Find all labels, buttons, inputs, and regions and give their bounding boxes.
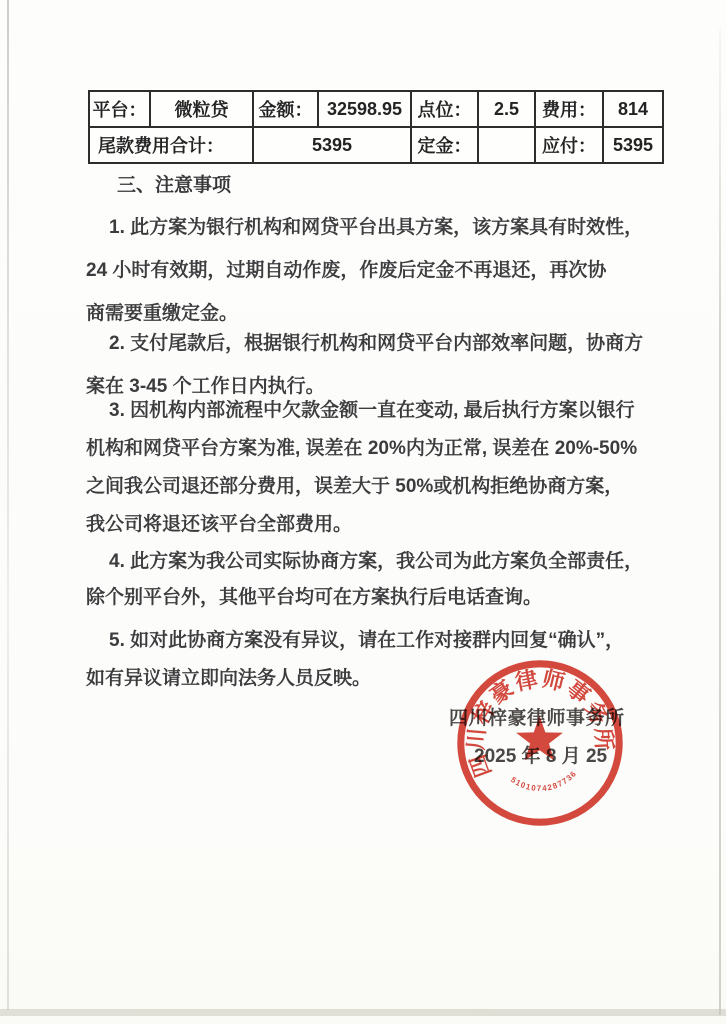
note-line: 4. 此方案为我公司实际协商方案，我公司为此方案负全部责任， <box>86 544 643 580</box>
note-line: 机构和网贷平台方案为准, 误差在 20%内为正常, 误差在 20%-50% <box>86 430 637 468</box>
payable-label-cell: 应付： <box>536 128 604 162</box>
note-line: 除个别平台外，其他平台均可在方案执行后电话查询。 <box>86 580 643 616</box>
points-label-cell: 点位： <box>412 92 479 128</box>
page-edge-bottom <box>0 1009 726 1016</box>
seal-arc-text: 四川梓豪律师事务所 <box>452 655 620 781</box>
total-label-cell: 尾款费用合计： <box>90 128 254 162</box>
note-line: 3. 因机构内部流程中欠款金额一直在变动, 最后执行方案以银行 <box>86 392 637 430</box>
note-line: 2. 支付尾款后，根据银行机构和网贷平台内部效率问题，协商方 <box>86 322 643 365</box>
note-paragraph-4: 4. 此方案为我公司实际协商方案，我公司为此方案负全部责任， 除个别平台外，其他… <box>86 544 643 616</box>
payable-value-cell: 5395 <box>604 128 662 162</box>
platform-value-cell: 微粒贷 <box>151 92 254 128</box>
law-firm-seal: 四川梓豪律师事务所 5101074287736 <box>452 655 628 831</box>
fee-label-cell: 费用： <box>536 92 604 128</box>
fee-value-cell: 814 <box>604 92 662 128</box>
note-line: 1. 此方案为银行机构和网贷平台出具方案，该方案具有时效性， <box>86 206 643 249</box>
notes-heading: 三、注意事项 <box>117 170 231 197</box>
deposit-value-cell <box>479 128 536 162</box>
total-value-cell: 5395 <box>254 128 412 162</box>
document-page: 平台： 微粒贷 金额： 32598.95 点位： 2.5 费用： 814 尾款费… <box>0 0 726 1024</box>
svg-text:四川梓豪律师事务所: 四川梓豪律师事务所 <box>452 655 620 781</box>
plan-table: 平台： 微粒贷 金额： 32598.95 点位： 2.5 费用： 814 尾款费… <box>88 90 664 164</box>
note-line: 24 小时有效期，过期自动作废，作废后定金不再退还，再次协 <box>86 249 643 292</box>
page-edge-right <box>719 30 721 1015</box>
platform-label-cell: 平台： <box>90 92 151 128</box>
note-paragraph-3: 3. 因机构内部流程中欠款金额一直在变动, 最后执行方案以银行 机构和网贷平台方… <box>86 392 637 544</box>
seal-star-icon <box>516 716 563 761</box>
page-edge-left <box>7 0 9 1010</box>
note-line: 之间我公司退还部分费用，误差大于 50%或机构拒绝协商方案， <box>86 468 637 506</box>
seal-serial-text: 5101074287736 <box>508 764 581 799</box>
note-paragraph-1: 1. 此方案为银行机构和网贷平台出具方案，该方案具有时效性， 24 小时有效期，… <box>86 206 643 335</box>
points-value-cell: 2.5 <box>479 92 536 128</box>
amount-value-cell: 32598.95 <box>319 92 412 128</box>
deposit-label-cell: 定金： <box>412 128 479 162</box>
note-line: 我公司将退还该平台全部费用。 <box>86 506 637 544</box>
amount-label-cell: 金额： <box>254 92 319 128</box>
svg-text:5101074287736: 5101074287736 <box>508 764 581 799</box>
